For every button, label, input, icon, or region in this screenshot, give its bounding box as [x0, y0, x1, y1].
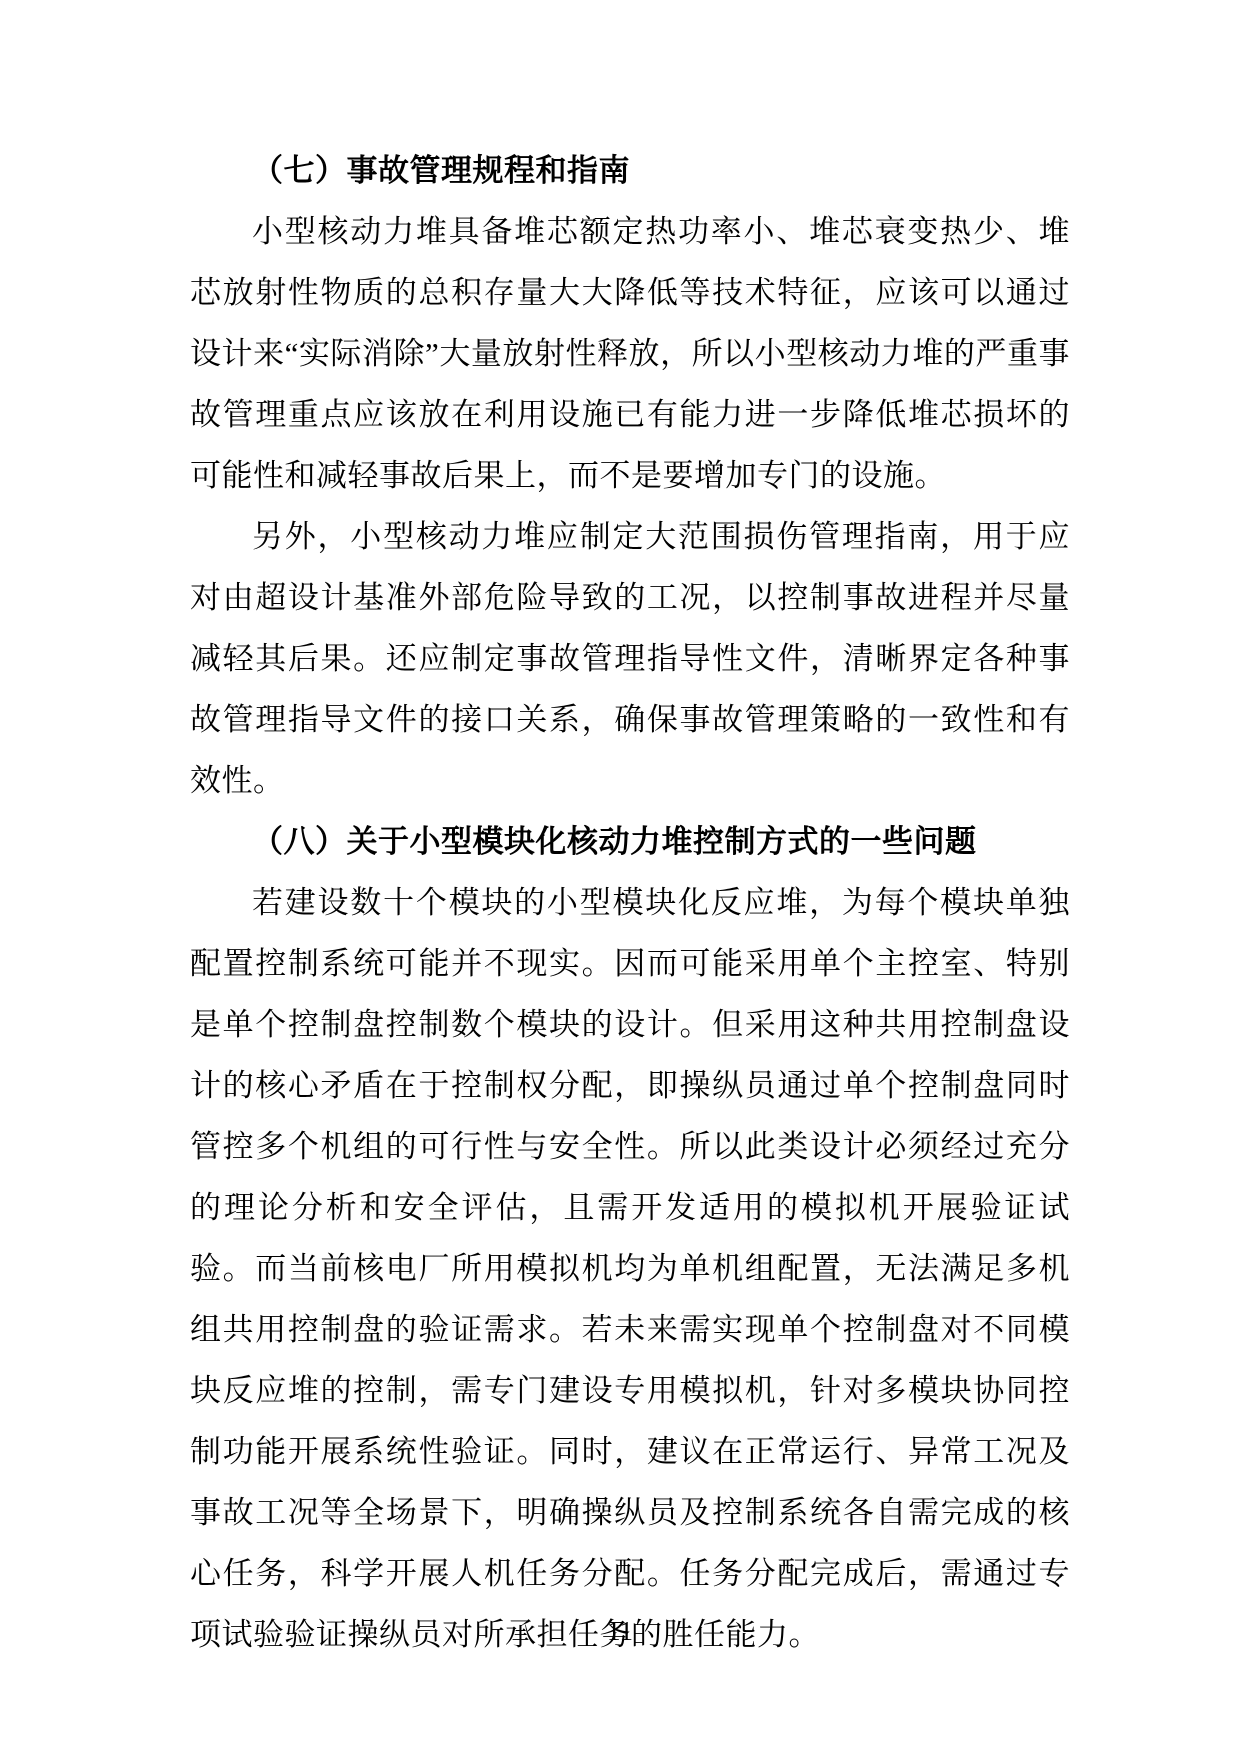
page-number: 11	[607, 1616, 633, 1646]
section-8-heading: （八）关于小型模块化核动力堆控制方式的一些问题	[190, 811, 1070, 872]
section-8-paragraph-1: 若建设数十个模块的小型模块化反应堆，为每个模块单独配置控制系统可能并不现实。因而…	[190, 872, 1070, 1665]
document-page: （七）事故管理规程和指南 小型核动力堆具备堆芯额定热功率小、堆芯衰变热少、堆芯放…	[0, 0, 1240, 1753]
section-7-paragraph-1: 小型核动力堆具备堆芯额定热功率小、堆芯衰变热少、堆芯放射性物质的总积存量大大降低…	[190, 201, 1070, 506]
section-7-paragraph-2: 另外，小型核动力堆应制定大范围损伤管理指南，用于应对由超设计基准外部危险导致的工…	[190, 506, 1070, 811]
document-body: （七）事故管理规程和指南 小型核动力堆具备堆芯额定热功率小、堆芯衰变热少、堆芯放…	[190, 140, 1070, 1665]
page-footer: 11	[0, 1614, 1240, 1648]
section-7-heading: （七）事故管理规程和指南	[190, 140, 1070, 201]
